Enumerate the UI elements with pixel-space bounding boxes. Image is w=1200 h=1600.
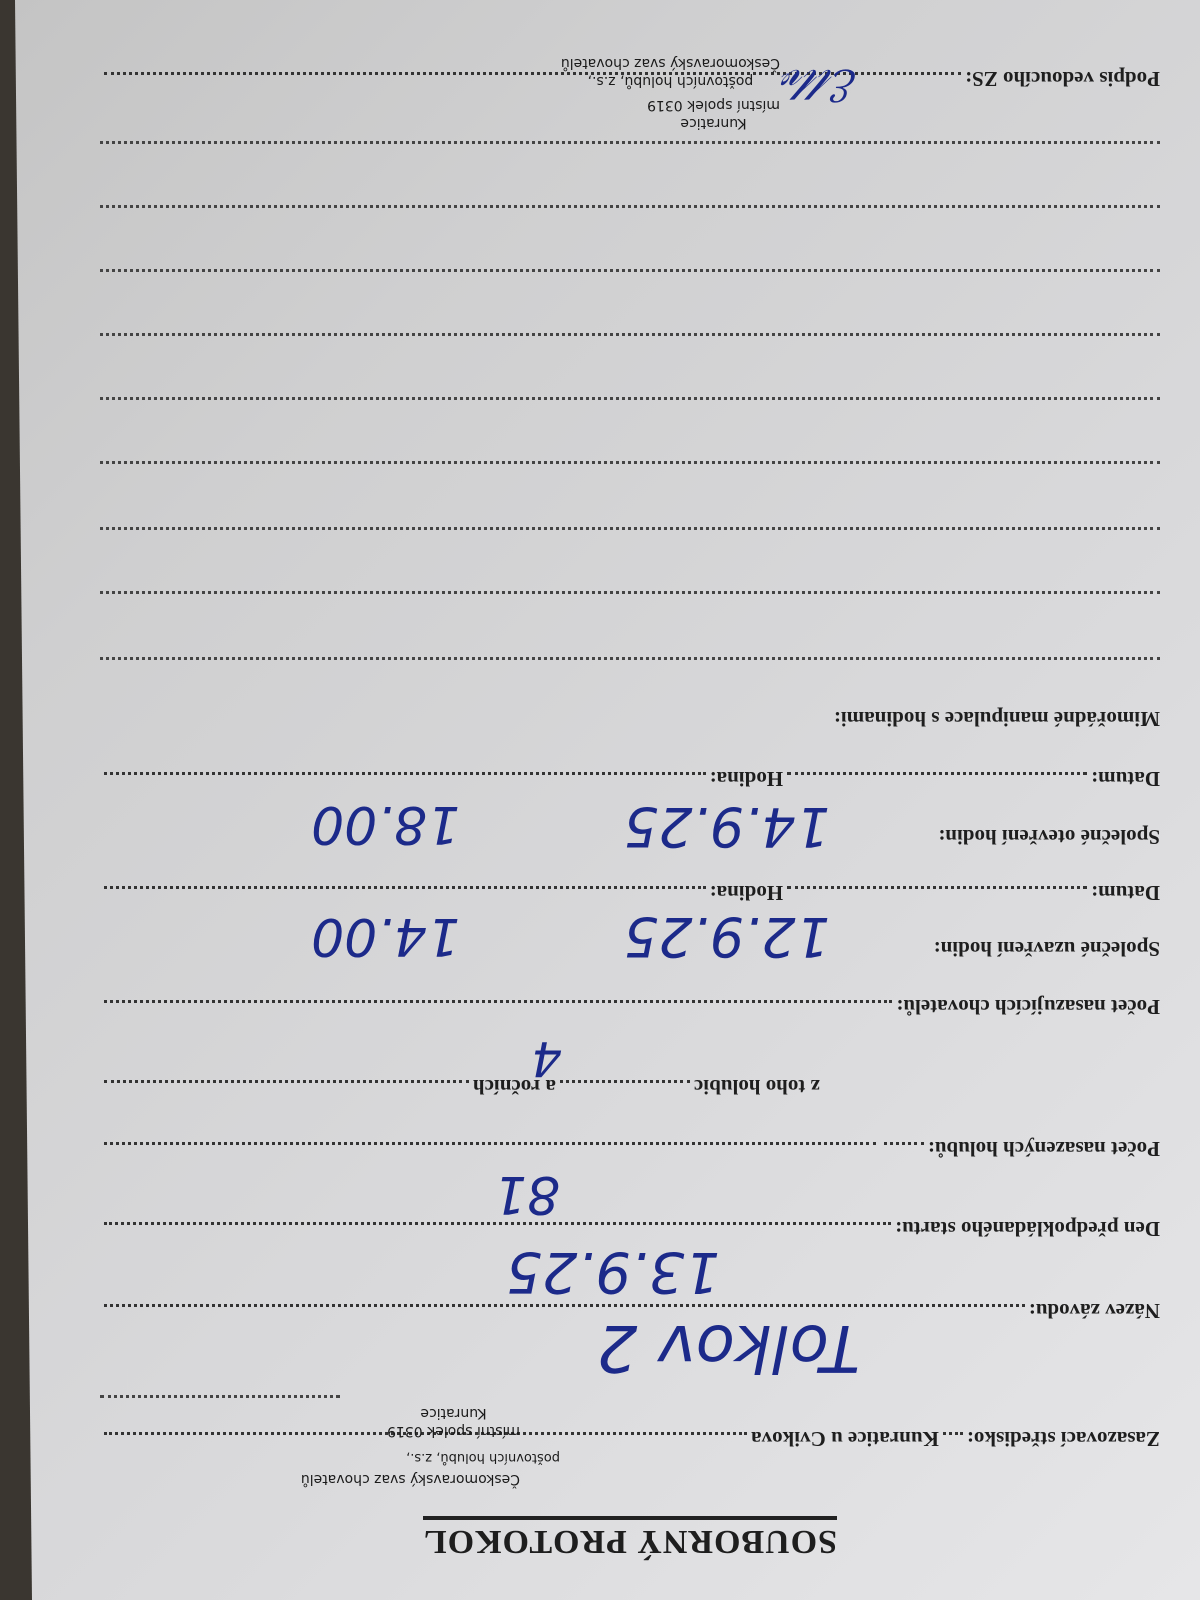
stamp-line: Kunratice bbox=[647, 114, 780, 132]
handwritten-nazev-zavodu: Tolkov 2 bbox=[597, 1310, 860, 1384]
label-den-startu: Den předpokládaného startu: bbox=[895, 1216, 1160, 1241]
club-stamp-signature: Kunratice místní spolek 0319 bbox=[647, 96, 780, 132]
label-pocet-holubu: Počet nasazených holubů: bbox=[928, 1136, 1160, 1161]
fill-rocnich[interactable] bbox=[104, 1080, 469, 1083]
label-zasazovaci-stredisko: Zasazovací středisko: bbox=[967, 1426, 1160, 1451]
handwritten-uzavreni-hodina: 14.00 bbox=[311, 906, 460, 966]
notes-line-2[interactable] bbox=[100, 591, 1160, 594]
otevreni-heading-text: Společné otevření hodin: bbox=[938, 824, 1160, 849]
label-otevreni-hodina: Hodina: bbox=[710, 766, 784, 791]
label-z-toho-holubic: z toho holubic bbox=[694, 1074, 820, 1099]
heading-mimoradne: Mimořádné manipulace s hodinami: bbox=[100, 706, 1160, 742]
stamp-line: místní spolek 0319 bbox=[647, 96, 780, 114]
handwritten-otevreni-datum: 14.9.25 bbox=[624, 795, 830, 858]
fill-line bbox=[100, 1395, 340, 1398]
notes-line-4[interactable] bbox=[100, 461, 1160, 464]
fill-otevreni-hodina[interactable] bbox=[104, 772, 706, 775]
label-uzavreni-datum: Datum: bbox=[1091, 880, 1160, 905]
form-title: SOUBORNÝ PROTOKOL bbox=[423, 1516, 837, 1560]
field-pocet-chovatelu: Počet nasazujících chovatelů: bbox=[100, 994, 1160, 1030]
notes-line-8[interactable] bbox=[100, 205, 1160, 208]
label-pocet-chovatelu: Počet nasazujících chovatelů: bbox=[896, 994, 1160, 1019]
label-uzavreni-hodina: Hodina: bbox=[710, 880, 784, 905]
notes-line-7[interactable] bbox=[100, 269, 1160, 272]
club-stamp-mid: poštovních holubů, z.s., bbox=[406, 1448, 560, 1466]
mimoradne-heading-text: Mimořádné manipulace s hodinami: bbox=[834, 706, 1160, 731]
stamp-line: Českomoravský svaz chovatelů bbox=[301, 1470, 520, 1488]
stamp-line: Kunratice bbox=[387, 1404, 520, 1422]
handwritten-pocet-holubu: 81 bbox=[494, 1164, 560, 1224]
fill-holubic[interactable] bbox=[560, 1080, 690, 1083]
paper-form: SOUBORNÝ PROTOKOL Českomoravský svaz cho… bbox=[0, 0, 1200, 1600]
fill-line[interactable] bbox=[104, 1304, 1025, 1307]
stamp-line: místní spolek 0319 bbox=[387, 1422, 520, 1440]
handwritten-signature: ℰ𝓁𝓁𝓋 bbox=[782, 59, 860, 110]
club-stamp-lower: místní spolek 0319 Kunratice bbox=[387, 1404, 520, 1440]
notes-line-9[interactable] bbox=[100, 141, 1160, 144]
fill-uzavreni-hodina[interactable] bbox=[104, 886, 706, 889]
notes-line-5[interactable] bbox=[100, 397, 1160, 400]
label-otevreni-datum: Datum: bbox=[1091, 766, 1160, 791]
handwritten-pocet-chovatelu: 4 bbox=[531, 1030, 562, 1086]
value-zasazovaci-stredisko: Kunratice u Cvikova bbox=[751, 1426, 939, 1451]
form-title-wrap: SOUBORNÝ PROTOKOL bbox=[100, 1516, 1160, 1560]
notes-line-1[interactable] bbox=[100, 657, 1160, 660]
label-nazev-zavodu: Název závodu: bbox=[1029, 1298, 1160, 1323]
field-z-toho: z toho holubic a ročních bbox=[100, 1074, 820, 1110]
stamp-line: poštovních holubů, z.s., bbox=[406, 1448, 560, 1466]
notes-line-3[interactable] bbox=[100, 527, 1160, 530]
club-stamp-signature-lower: poštovních holubů, z.s., Českomoravský s… bbox=[561, 54, 780, 90]
uzavreni-heading-text: Společné uzavření hodin: bbox=[934, 936, 1160, 961]
field-zasazovaci-stredisko: Zasazovací středisko: Kunratice u Cvikov… bbox=[100, 1426, 1160, 1462]
fill-line[interactable] bbox=[104, 1142, 876, 1145]
stamp-line: poštovních holubů, z.s., bbox=[561, 72, 780, 90]
club-stamp-top: Českomoravský svaz chovatelů bbox=[301, 1470, 520, 1488]
notes-line-6[interactable] bbox=[100, 333, 1160, 336]
fill-otevreni-datum[interactable] bbox=[787, 772, 1087, 775]
field-pocet-holubu: Počet nasazených holubů: bbox=[100, 1136, 1160, 1172]
fill-uzavreni-datum[interactable] bbox=[787, 886, 1087, 889]
stamp-line: Českomoravský svaz chovatelů bbox=[561, 54, 780, 72]
fill-line[interactable] bbox=[104, 1000, 892, 1003]
handwritten-otevreni-hodina: 18.00 bbox=[311, 794, 460, 854]
handwritten-uzavreni-datum: 12.9.25 bbox=[624, 905, 830, 968]
handwritten-den-startu: 13.9.25 bbox=[506, 1239, 720, 1304]
label-podpis: Podpis vedoucího ZS: bbox=[965, 66, 1160, 91]
